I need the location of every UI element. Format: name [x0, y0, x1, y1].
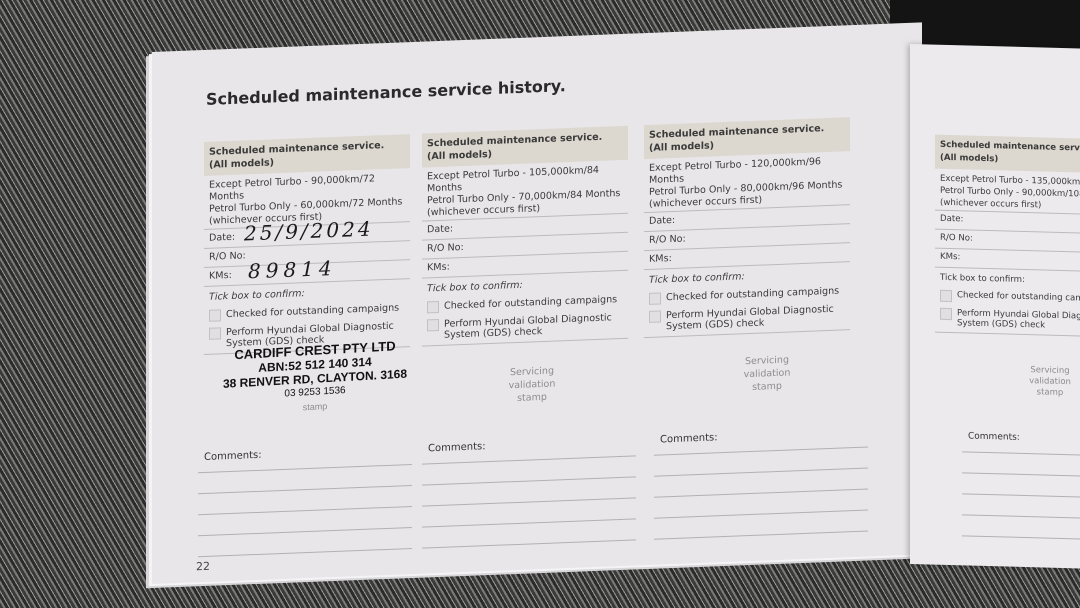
- checkbox[interactable]: [940, 290, 952, 302]
- comments-section-1[interactable]: Comments:: [198, 444, 412, 557]
- checkbox[interactable]: [209, 327, 221, 339]
- checkbox[interactable]: [427, 301, 439, 313]
- checkbox[interactable]: [649, 292, 661, 304]
- date-handwritten-value: 25/9/2024: [244, 216, 374, 245]
- gds-checkbox-row[interactable]: Perform Hyundai Global DiagnoSystem (GDS…: [935, 305, 1080, 338]
- comments-section-2[interactable]: Comments:: [422, 435, 636, 548]
- service-entry-1: Scheduled maintenance service. (All mode…: [204, 134, 410, 355]
- service-interval: Except Petrol Turbo - 120,000km/96 Month…: [644, 151, 850, 213]
- kms-handwritten-value: 89814: [248, 256, 337, 283]
- comments-section-4[interactable]: Comments:: [962, 431, 1080, 540]
- service-entry-2: Scheduled maintenance service. (All mode…: [422, 126, 628, 347]
- service-interval: Except Petrol Turbo - 135,000km/108 M Pe…: [935, 169, 1080, 216]
- stamp-placeholder-3: Servicing validation stamp: [727, 353, 807, 395]
- checkbox[interactable]: [649, 310, 661, 322]
- checkbox[interactable]: [427, 319, 439, 331]
- service-interval: Except Petrol Turbo - 105,000km/84 Month…: [422, 160, 628, 222]
- logbook-page-left: Scheduled maintenance service history. S…: [152, 22, 922, 584]
- checkbox[interactable]: [209, 309, 221, 321]
- service-entry-4: Scheduled maintenance service. (All mode…: [935, 135, 1080, 338]
- stamp-placeholder-2: Servicing validation stamp: [492, 364, 572, 406]
- checkbox[interactable]: [940, 308, 952, 320]
- dealer-stamp: CARDIFF CREST PTY LTD ABN:52 512 140 314…: [210, 338, 420, 420]
- service-entry-3: Scheduled maintenance service. (All mode…: [644, 117, 850, 338]
- logbook-page-right: Scheduled maintenance service. (All mode…: [910, 44, 1080, 569]
- comments-section-3[interactable]: Comments:: [654, 426, 868, 539]
- page-title: Scheduled maintenance service history.: [206, 76, 566, 109]
- page-number: 22: [196, 560, 210, 574]
- service-header: Scheduled maintenance service. (All mode…: [935, 135, 1080, 174]
- stamp-placeholder-4: Servicing validation stamp: [1020, 365, 1080, 400]
